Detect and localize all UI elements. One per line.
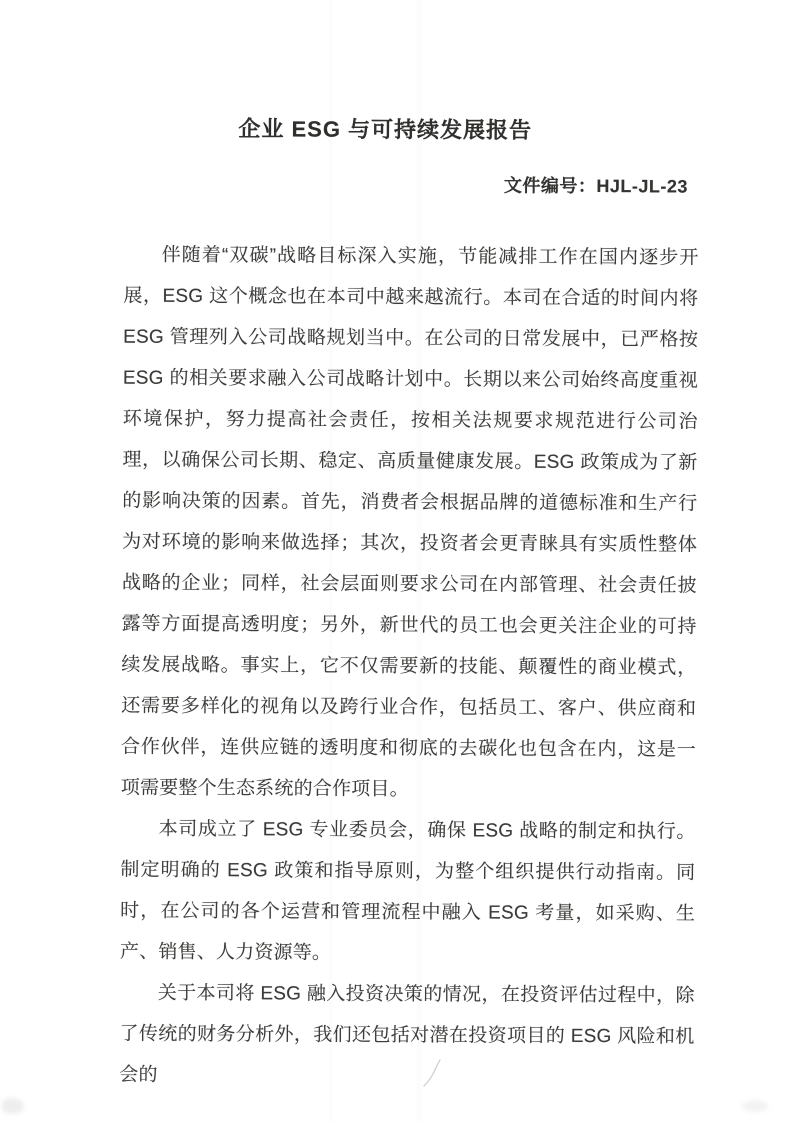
- body-paragraph: 伴随着“双碳”战略目标深入实施，节能减排工作在国内逐步开展，ESG 这个概念也在…: [121, 235, 699, 812]
- document-title-text: 企业 ESG 与可持续发展报告: [238, 116, 532, 143]
- document-title: 企业 ESG 与可持续发展报告: [2, 112, 794, 148]
- scanned-page: 企业 ESG 与可持续发展报告 文件编号：HJL-JL-23 伴随着“双碳”战略…: [0, 0, 794, 1122]
- page-content: 企业 ESG 与可持续发展报告 文件编号：HJL-JL-23 伴随着“双碳”战略…: [0, 0, 794, 1122]
- body-paragraph: 关于本司将 ESG 融入投资决策的情况，在投资评估过程中，除了传统的财务分析外，…: [119, 973, 695, 1099]
- document-body: 伴随着“双碳”战略目标深入实施，节能减排工作在国内逐步开展，ESG 这个概念也在…: [119, 235, 699, 1099]
- body-paragraph: 本司成立了 ESG 专业委员会，确保 ESG 战略的制定和执行。制定明确的 ES…: [120, 809, 696, 976]
- document-number: 文件编号：HJL-JL-23: [504, 173, 688, 200]
